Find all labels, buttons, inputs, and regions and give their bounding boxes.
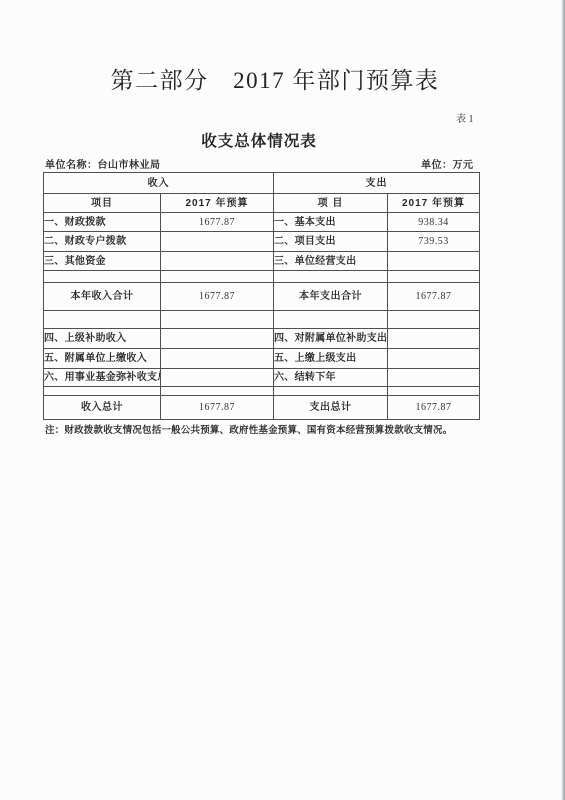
table-row: 四、上级补助收入 四、对附属单位补助支出 (44, 329, 480, 349)
table-row: 六、用事业基金弥补收支总额 六、结转下年 (44, 369, 480, 387)
grand-total-row: 收入总计 1677.87 支出总计 1677.87 (44, 396, 480, 420)
spacer-row (44, 387, 480, 396)
table-header-row: 收入 支出 (44, 173, 480, 194)
expense-value-cell (388, 252, 480, 271)
unit-of-measure-label: 单位：万元 (421, 156, 474, 171)
expense-value-cell: 739.53 (388, 232, 480, 252)
income-item-cell: 六、用事业基金弥补收支总额 (44, 369, 161, 387)
expense-item-cell: 四、对附属单位补助支出 (274, 329, 388, 349)
income-total-value-cell: 1677.87 (161, 283, 274, 311)
scan-edge-shadow (561, 0, 565, 800)
table-row: 五、附属单位上缴收入 五、上缴上级支出 (44, 349, 480, 369)
part-title: 第二部分 2017 年部门预算表 (0, 62, 550, 95)
income-item-cell: 一、财政拨款 (44, 213, 161, 232)
income-item-cell: 四、上级补助收入 (44, 329, 161, 349)
expense-item-cell: 五、上缴上级支出 (274, 349, 388, 369)
income-grand-total-value-cell: 1677.87 (161, 396, 274, 420)
income-item-col-header: 项目 (44, 194, 161, 213)
table-title: 收支总体情况表 (43, 129, 475, 151)
income-grand-total-label-cell: 收入总计 (44, 396, 161, 420)
income-value-cell (161, 349, 274, 369)
expense-grand-total-label-cell: 支出总计 (274, 396, 388, 420)
spacer-row (44, 271, 480, 283)
income-value-cell (161, 252, 274, 271)
income-expense-table: 收入 支出 项目 2017 年预算 项 目 2017 年预算 一、财政拨款 16… (43, 172, 480, 420)
table-subheader-row: 项目 2017 年预算 项 目 2017 年预算 (44, 194, 480, 213)
income-total-label-cell: 本年收入合计 (44, 283, 161, 311)
table-row: 二、财政专户拨款 二、项目支出 739.53 (44, 232, 480, 252)
income-header-cell: 收入 (44, 173, 274, 194)
income-value-cell: 1677.87 (161, 213, 274, 232)
expense-total-label-cell: 本年支出合计 (274, 283, 388, 311)
table-number: 表 1 (456, 110, 474, 125)
expense-value-cell (388, 329, 480, 349)
income-budget-col-header: 2017 年预算 (161, 194, 274, 213)
expense-grand-total-value-cell: 1677.87 (388, 396, 480, 420)
income-value-cell (161, 369, 274, 387)
income-value-cell (161, 232, 274, 252)
table-row: 一、财政拨款 1677.87 一、基本支出 938.34 (44, 213, 480, 232)
expense-total-value-cell: 1677.87 (388, 283, 480, 311)
expense-item-cell: 六、结转下年 (274, 369, 388, 387)
expense-item-col-header: 项 目 (274, 194, 388, 213)
expense-budget-col-header: 2017 年预算 (388, 194, 480, 213)
spacer-row (44, 311, 480, 329)
expense-value-cell (388, 369, 480, 387)
expense-item-cell: 三、单位经营支出 (274, 252, 388, 271)
income-value-cell (161, 329, 274, 349)
income-item-cell: 五、附属单位上缴收入 (44, 349, 161, 369)
expense-value-cell (388, 349, 480, 369)
scanned-budget-page: 第二部分 2017 年部门预算表 表 1 收支总体情况表 单位名称：台山市林业局… (0, 0, 565, 800)
income-item-cell: 二、财政专户拨款 (44, 232, 161, 252)
expense-item-cell: 二、项目支出 (274, 232, 388, 252)
expense-header-cell: 支出 (274, 173, 480, 194)
income-item-cell: 三、其他资金 (44, 252, 161, 271)
expense-value-cell: 938.34 (388, 213, 480, 232)
expense-item-cell: 一、基本支出 (274, 213, 388, 232)
table-row: 三、其他资金 三、单位经营支出 (44, 252, 480, 271)
unit-name-label: 单位名称：台山市林业局 (45, 156, 161, 171)
footnote: 注：财政拨款收支情况包括一般公共预算、政府性基金预算、国有资本经营预算拨款收支情… (45, 422, 505, 436)
annual-total-row: 本年收入合计 1677.87 本年支出合计 1677.87 (44, 283, 480, 311)
